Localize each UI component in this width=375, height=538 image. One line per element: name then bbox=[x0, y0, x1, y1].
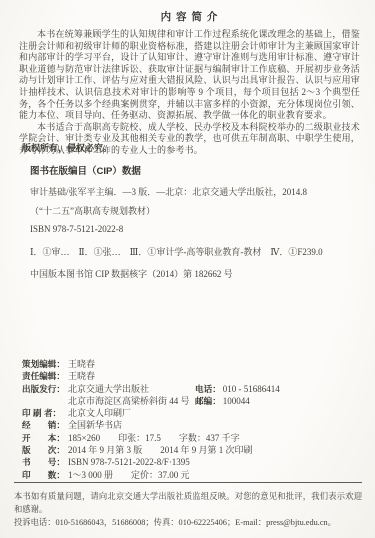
colophon-row-planning-editor: 策划编辑：王晓春 bbox=[22, 358, 363, 370]
colophon-row-responsible-editor: 责任编辑：王晓春 bbox=[22, 370, 363, 382]
row-value: 王晓春 bbox=[68, 371, 95, 381]
cip-title-line: 审计基础/张军平主编．—3 版．—北京：北京交通大学出版社，2014.8 bbox=[30, 186, 355, 200]
quality-notice-footer: 本书如有质量问题，请向北京交通大学出版社质监组反映。对您的意见和批评，我们表示欢… bbox=[14, 482, 362, 529]
content-summary-section: 内 容 简 介 本书在统筹兼顾学生的认知规律和审计工作过程系统化课改理念的基础上… bbox=[19, 9, 360, 157]
row-value: 北京文人印刷厂 bbox=[68, 408, 131, 418]
row-value: 1～3 000 册 定价：37.00 元 bbox=[68, 470, 190, 480]
row-label: 印 数： bbox=[22, 469, 68, 481]
row-right-label: 邮编： bbox=[195, 395, 221, 407]
colophon-row-book-number: 书 号：ISBN 978-7-5121-2022-8/F·1395 bbox=[22, 456, 363, 468]
cip-classification-line: Ⅰ．①审… Ⅱ．①张… Ⅲ．①审计学-高等职业教育-教材 Ⅳ．①F239.0 bbox=[30, 246, 355, 260]
row-right-value: 010 - 51686414 bbox=[223, 384, 280, 394]
cip-data-section: 图书在版编目（CIP）数据 审计基础/张军平主编．—3 版．—北京：北京交通大学… bbox=[30, 163, 355, 287]
cip-record-line: 中国版本图书馆 CIP 数据核字（2014）第 182662 号 bbox=[30, 268, 355, 282]
colophon-row-distributor: 经 销：全国新华书店 bbox=[22, 419, 363, 431]
summary-paragraph: 本书在统筹兼顾学生的认知规律和审计工作过程系统化课改理念的基础上，借鉴注册会计师… bbox=[19, 29, 360, 122]
row-label: 出版发行： bbox=[22, 383, 68, 395]
colophon-row-print-run: 印 数：1～3 000 册 定价：37.00 元 bbox=[22, 469, 363, 481]
cip-heading: 图书在版编目（CIP）数据 bbox=[30, 163, 355, 177]
colophon-row-format: 开 本：185×260 印张：17.5 字数：437 千字 bbox=[22, 432, 363, 444]
row-value: 北京市海淀区高梁桥斜街 44 号 bbox=[68, 396, 190, 406]
row-label: 印 刷 者： bbox=[22, 407, 68, 419]
quality-notice-line: 本书如有质量问题，请向北京交通大学出版社质监组反映。对您的意见和批评，我们表示欢… bbox=[14, 490, 362, 516]
row-value: ISBN 978-7-5121-2022-8/F·1395 bbox=[68, 457, 190, 467]
colophon-row-address: 北京市海淀区高梁桥斜街 44 号 邮编：100044 bbox=[22, 395, 363, 407]
cip-series-line: （“十二五”高职高专规划教材） bbox=[30, 205, 355, 219]
row-right-value: 100044 bbox=[223, 396, 250, 406]
row-label: 书 号： bbox=[22, 456, 68, 468]
row-label: 经 销： bbox=[22, 419, 68, 431]
colophon-row-publisher: 出版发行：北京交通大学出版社 电话：010 - 51686414 bbox=[22, 383, 363, 395]
copyright-notice: 版权所有，侵权必究。 bbox=[22, 141, 112, 154]
row-right-column: 电话：010 - 51686414 bbox=[195, 383, 280, 395]
colophon-row-edition: 版 次：2014 年 9 月第 3 版 2014 年 9 月第 1 次印刷 bbox=[22, 444, 363, 456]
row-label: 策划编辑： bbox=[22, 358, 68, 370]
summary-title: 内 容 简 介 bbox=[19, 9, 360, 24]
row-value: 北京交通大学出版社 bbox=[68, 384, 149, 394]
book-copyright-page: 内 容 简 介 本书在统筹兼顾学生的认知规律和审计工作过程系统化课改理念的基础上… bbox=[0, 0, 375, 538]
row-value: 185×260 印张：17.5 字数：437 千字 bbox=[68, 433, 240, 443]
cip-isbn-line: ISBN 978-7-5121-2022-8 bbox=[30, 223, 355, 237]
row-label: 责任编辑： bbox=[22, 370, 68, 382]
row-label: 开 本： bbox=[22, 432, 68, 444]
row-value: 2014 年 9 月第 3 版 2014 年 9 月第 1 次印刷 bbox=[68, 445, 253, 455]
colophon-section: 策划编辑：王晓春 责任编辑：王晓春 出版发行：北京交通大学出版社 电话：010 … bbox=[22, 358, 363, 481]
colophon-row-printer: 印 刷 者：北京文人印刷厂 bbox=[22, 407, 363, 419]
complaint-contact-line: 投诉电话：010-51686043，51686008；传真：010-622254… bbox=[14, 516, 362, 529]
row-value: 王晓春 bbox=[68, 359, 95, 369]
row-right-label: 电话： bbox=[195, 383, 221, 395]
row-right-column: 邮编：100044 bbox=[195, 395, 250, 407]
row-value: 全国新华书店 bbox=[68, 420, 122, 430]
row-label: 版 次： bbox=[22, 444, 68, 456]
